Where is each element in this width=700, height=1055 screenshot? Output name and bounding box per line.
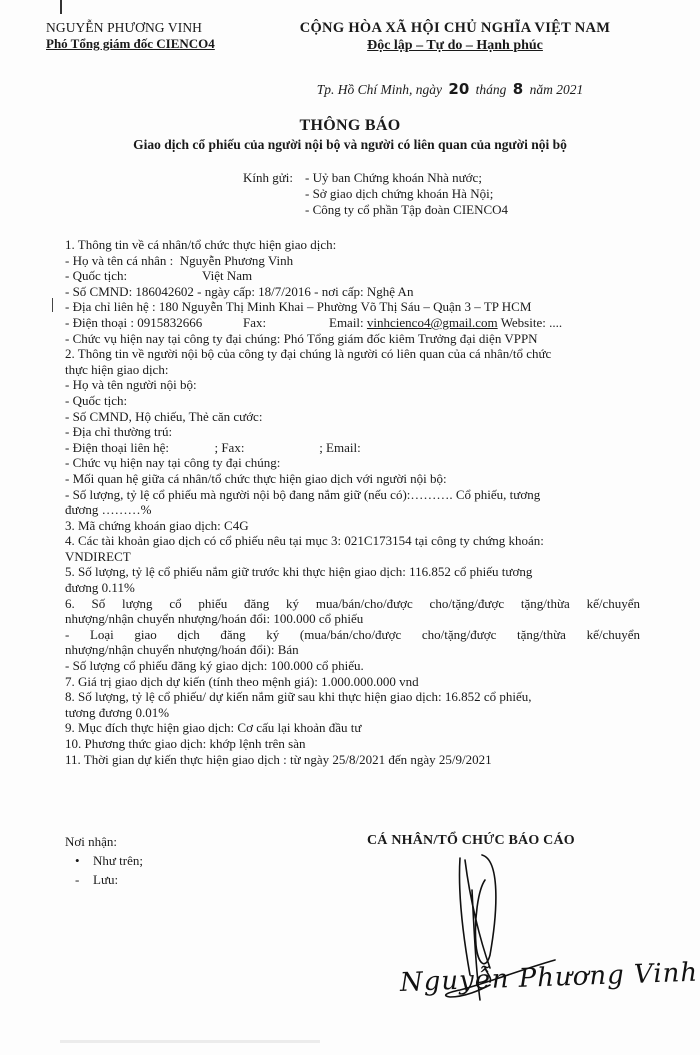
item-6-cont: nhượng/nhận chuyển nhượng/hoán đổi: 100.… xyxy=(65,611,640,627)
section2-line: - Số CMND, Hộ chiếu, Thẻ căn cước: xyxy=(65,409,640,425)
item-10: 10. Phương thức giao dịch: khớp lệnh trê… xyxy=(65,736,640,752)
field-address: - Địa chỉ liên hệ : 180 Nguyễn Thị Minh … xyxy=(65,299,640,315)
nation-title: CỘNG HÒA XÃ HỘI CHỦ NGHĨA VIỆT NAM xyxy=(290,20,620,37)
recipient-item: - Công ty cổ phần Tập đoàn CIENCO4 xyxy=(305,202,508,217)
scan-cut-mark xyxy=(60,0,62,14)
section2-line: - Họ và tên người nội bộ: xyxy=(65,377,640,393)
distribution-list: Nơi nhận: •Như trên; -Lưu: xyxy=(65,832,143,889)
item-8: 8. Số lượng, tỷ lệ cổ phiếu/ dự kiến nắm… xyxy=(65,689,640,705)
field-id: - Số CMND: 186042602 - ngày cấp: 18/7/20… xyxy=(65,284,640,300)
item-3: 3. Mã chứng khoán giao dịch: C4G xyxy=(65,518,640,534)
recipient-item: - Uỷ ban Chứng khoán Nhà nước; xyxy=(305,170,482,185)
section2-heading: 2. Thông tin về người nội bộ của công ty… xyxy=(65,346,640,362)
item-6-type-cont: nhượng/nhận chuyển nhượng/hoán đổi): Bán xyxy=(65,642,640,658)
section2-holding-cont: đương ………% xyxy=(65,502,640,518)
date-year: năm 2021 xyxy=(530,82,584,97)
date-line: Tp. Hồ Chí Minh, ngày 20 tháng 8 năm 202… xyxy=(290,80,610,98)
item-6: 6. Số lượng cổ phiếu đăng ký mua/bán/cho… xyxy=(65,596,640,612)
distribution-item: -Lưu: xyxy=(65,870,143,889)
sender-role: Phó Tổng giám đốc CIENCO4 xyxy=(46,36,246,52)
field-contact: - Điện thoại : 0915832666Fax:Email: vinh… xyxy=(65,315,640,331)
recipient-item: - Sở giao dịch chứng khoán Hà Nội; xyxy=(305,186,493,201)
recipients-block: Kính gửi:- Uỷ ban Chứng khoán Nhà nước; … xyxy=(243,170,508,218)
field-label: - Họ và tên cá nhân : xyxy=(65,253,173,268)
field-name: - Họ và tên cá nhân : Nguyễn Phương Vinh xyxy=(65,253,640,269)
section2-line: - Địa chỉ thường trú: xyxy=(65,424,640,440)
field-position: - Chức vụ hiện nay tại công ty đại chúng… xyxy=(65,331,640,347)
email-label: Email: xyxy=(329,315,364,330)
website-field: Website: .... xyxy=(501,315,562,330)
national-motto: Độc lập – Tự do – Hạnh phúc xyxy=(290,38,620,54)
date-month-handwritten: 8 xyxy=(510,80,526,98)
document-subtitle: Giao dịch cổ phiếu của người nội bộ và n… xyxy=(0,137,700,153)
recipients-label: Kính gửi: xyxy=(243,170,305,186)
section2-heading-cont: thực hiện giao dịch: xyxy=(65,362,640,378)
margin-mark xyxy=(52,298,53,312)
item-8-cont: tương đương 0.01% xyxy=(65,705,640,721)
item-11: 11. Thời gian dự kiến thực hiện giao dịc… xyxy=(65,752,640,768)
item-9: 9. Mục đích thực hiện giao dịch: Cơ cấu … xyxy=(65,720,640,736)
email-link[interactable]: vinhcienco4@gmail.com xyxy=(367,315,498,330)
scan-artifact xyxy=(60,1040,320,1043)
section2-line: - Mối quan hệ giữa cá nhân/tổ chức thực … xyxy=(65,471,640,487)
field-value: Việt Nam xyxy=(202,268,252,283)
section2-holding: - Số lượng, tỷ lệ cổ phiếu mà người nội … xyxy=(65,487,640,503)
document-body: 1. Thông tin về cá nhân/tổ chức thực hiệ… xyxy=(65,237,640,767)
date-month-label: tháng xyxy=(476,82,507,97)
distribution-label: Nơi nhận: xyxy=(65,832,143,851)
date-day-handwritten: 20 xyxy=(445,80,472,98)
item-5: 5. Số lượng, tỷ lệ cổ phiếu nắm giữ trướ… xyxy=(65,564,640,580)
section2-line: - Quốc tịch: xyxy=(65,393,640,409)
section2-line: - Chức vụ hiện nay tại công ty đại chúng… xyxy=(65,455,640,471)
item-7: 7. Giá trị giao dịch dự kiến (tính theo … xyxy=(65,674,640,690)
item-5-cont: đương 0.11% xyxy=(65,580,640,596)
section2-line: - Điện thoại liên hệ: ; Fax: ; Email: xyxy=(65,440,640,456)
national-header: CỘNG HÒA XÃ HỘI CHỦ NGHĨA VIỆT NAM Độc l… xyxy=(290,20,620,54)
signature-title: CÁ NHÂN/TỔ CHỨC BÁO CÁO xyxy=(367,833,575,849)
item-4-cont: VNDIRECT xyxy=(65,549,640,565)
document-title: THÔNG BÁO xyxy=(0,117,700,135)
phone-field: - Điện thoại : 0915832666 xyxy=(65,315,243,331)
field-value: Nguyễn Phương Vinh xyxy=(180,253,293,268)
bullet-icon: • xyxy=(75,851,80,870)
item-4: 4. Các tài khoản giao dịch có cổ phiếu n… xyxy=(65,533,640,549)
item-6-qty: - Số lượng cổ phiếu đăng ký giao dịch: 1… xyxy=(65,658,640,674)
sender-name: NGUYỄN PHƯƠNG VINH xyxy=(46,20,246,36)
date-place: Tp. Hồ Chí Minh, ngày xyxy=(317,82,442,97)
sender-header: NGUYỄN PHƯƠNG VINH Phó Tổng giám đốc CIE… xyxy=(46,20,246,52)
field-nationality: - Quốc tịch:Việt Nam xyxy=(65,268,640,284)
item-6-type: - Loại giao dịch đăng ký (mua/bán/cho/đư… xyxy=(65,627,640,643)
fax-field: Fax: xyxy=(243,315,329,331)
field-label: - Quốc tịch: xyxy=(65,268,202,284)
section1-heading: 1. Thông tin về cá nhân/tổ chức thực hiệ… xyxy=(65,237,640,253)
distribution-item: •Như trên; xyxy=(65,851,143,870)
bullet-icon: - xyxy=(75,870,79,889)
